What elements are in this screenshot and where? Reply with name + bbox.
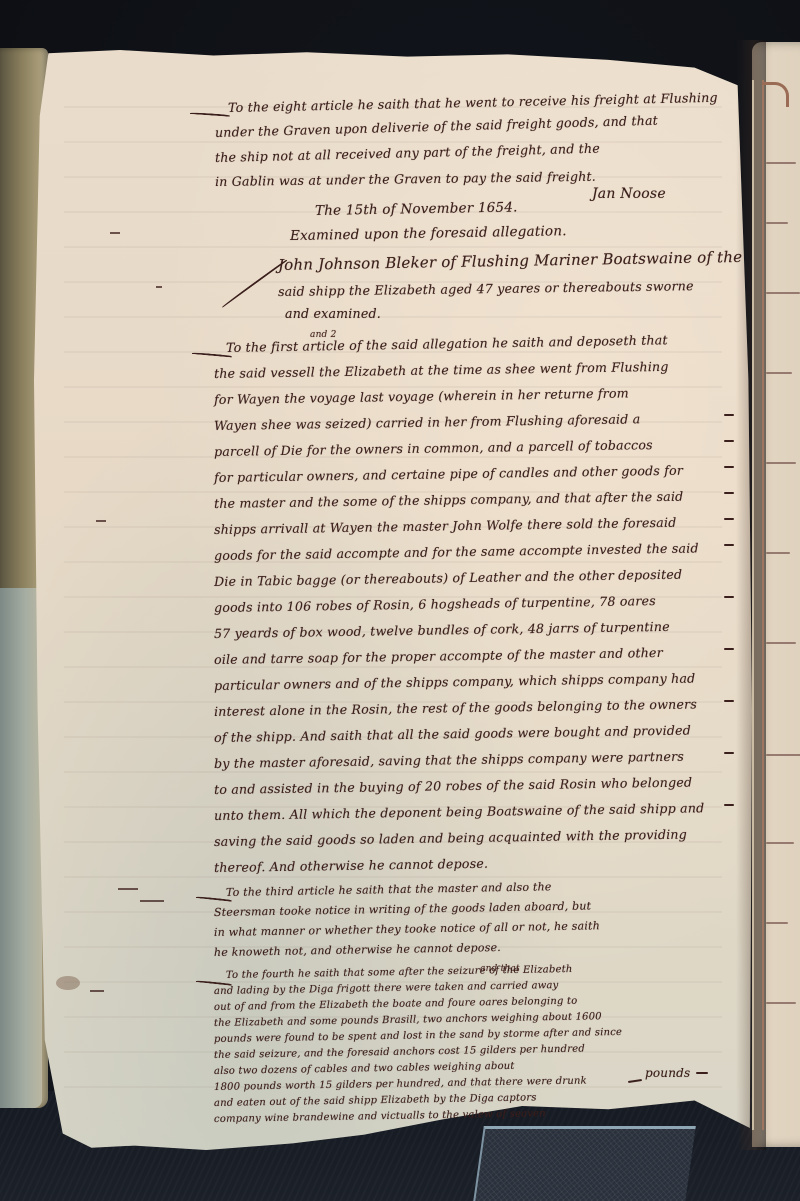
line-end-dash [724,700,734,702]
catchword-dash [628,1079,642,1083]
article-line: for Wayen the voyage last voyage (wherei… [214,385,629,407]
margin-ghost-mark [156,286,162,288]
line-end-dash [724,804,734,806]
article-line: the said vessell the Elizabeth at the ti… [214,359,669,381]
line-end-dash [724,518,734,520]
catchword: pounds [645,1066,690,1080]
line-end-dash [724,544,734,546]
margin-ghost-mark [118,888,138,890]
article-line: the said seizure, and the foresaid ancho… [214,1044,585,1061]
article-line: also two dozens of cables and two cables… [214,1061,515,1077]
deponent-line: John Johnson Bleker of Flushing Mariner … [278,248,743,274]
line-end-dash [724,596,734,598]
line-end-dash [724,648,734,650]
article-line: to and assisted in the buying of 20 robe… [214,774,692,797]
margin-ghost-mark [110,232,120,234]
article-line: in what manner or whether they tooke not… [214,919,600,939]
article-line: 1800 pounds worth 15 gilders per hundred… [214,1075,587,1093]
article-line: particular owners and of the shipps comp… [214,670,696,693]
line-end-dash [724,492,734,494]
article-line: the master and the some of the shipps co… [214,489,684,511]
article-line: and eaten out of the said shipp Elizabet… [214,1092,537,1109]
article-line: 57 yeards of box wood, twelve bundles of… [214,619,670,641]
handwritten-text: To the eight article he saith that he we… [0,0,800,1201]
line-end-dash [724,440,734,442]
margin-ghost-mark [140,900,164,902]
line-end-dash [724,466,734,468]
witness-signature: Jan Noose [592,186,666,202]
article-line: of the shipp. And saith that all the sai… [214,723,691,745]
article-line: To the first article of the said allegat… [226,332,668,355]
article-line: oile and tarre soap for the proper accom… [214,645,663,667]
article-line: and lading by the Diga frigott there wer… [214,980,559,997]
article-line: pounds were found to be spent and lost i… [214,1027,622,1045]
article-line: unto them. All which the deponent being … [214,800,705,823]
article-line: out of and from the Elizabeth the boate … [214,996,578,1013]
catchword-dash [696,1072,708,1074]
article-line: parcell of Die for the owners in common,… [214,437,653,459]
article-line: company wine brandewine and victualls to… [214,1108,546,1125]
deposition-date: The 15th of November 1654. [315,199,518,219]
article-line: Wayen shee was seized) carried in her fr… [214,411,641,433]
article-line: saving the said goods so laden and being… [214,827,687,849]
continued-line: in Gablin was at under the Graven to pay… [215,169,596,189]
manuscript-photo: To the eight article he saith that he we… [0,0,800,1201]
article-line: To the fourth he saith that some after t… [226,964,573,981]
margin-ghost-mark [90,990,104,992]
article-line: thereof. And otherwise he cannot depose. [214,856,488,875]
article-line: Die in Tabic bagge (or thereabouts) of L… [214,567,682,589]
article-line: for particular owners, and certaine pipe… [214,463,683,485]
continued-line: To the eight article he saith that he we… [228,90,718,115]
article-line: he knoweth not, and otherwise he cannot … [214,941,501,959]
article-line: shipps arrivall at Wayen the master John… [214,515,677,537]
examined-line: Examined upon the foresaid allegation. [290,223,567,244]
line-end-dash [724,752,734,754]
article-line: goods into 106 robes of Rosin, 6 hogshea… [214,593,656,615]
paragraph-flourish [190,112,230,117]
continued-line: under the Graven upon deliverie of the s… [215,113,658,140]
article-line: the Elizabeth and some pounds Brasill, t… [214,1011,602,1029]
line-end-dash [724,414,734,416]
article-line: interest alone in the Rosin, the rest of… [214,696,697,719]
article-line: by the master aforesaid, saving that the… [214,749,684,771]
continued-line: the ship not at all received any part of… [215,141,600,165]
deponent-line: said shipp the Elizabeth aged 47 yeares … [278,278,694,299]
deponent-line: and examined. [285,306,381,321]
article-line: To the third article he saith that the m… [226,880,552,899]
margin-ghost-mark [96,520,106,522]
article-line: goods for the said accompte and for the … [214,540,699,563]
article-line: Steersman tooke notice in writing of the… [214,899,591,919]
